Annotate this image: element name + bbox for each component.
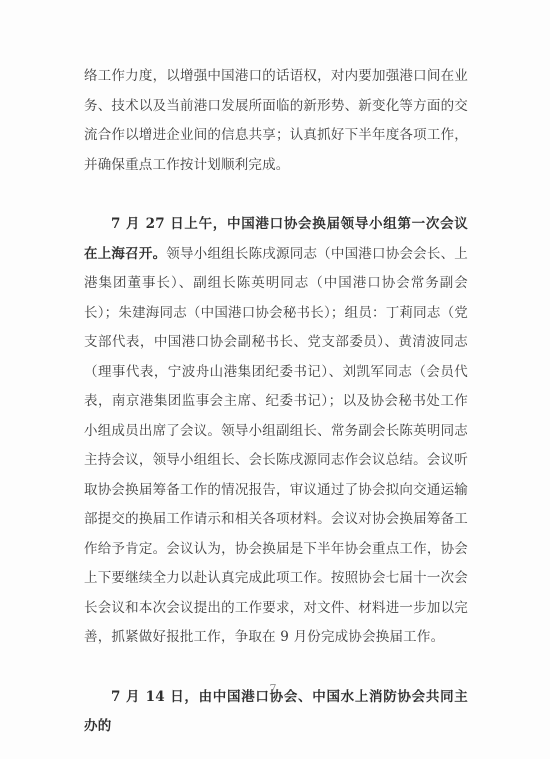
paragraph-continuation: 络工作力度，以增强中国港口的话语权，对内要加强港口间在业务、技术以及当前港口发展… bbox=[84, 62, 468, 180]
paragraph-next-event-lead-bold: 7 月 14 日，由中国港口协会、中国水上消防协会共同主办的 bbox=[84, 689, 468, 735]
document-page: 络工作力度，以增强中国港口的话语权，对内要加强港口间在业务、技术以及当前港口发展… bbox=[0, 0, 550, 759]
page-number: 7 bbox=[0, 682, 546, 695]
paragraph-leadership-meeting-body: 领导小组组长陈戌源同志（中国港口协会会长、上港集团董事长）、副组长陈英明同志（中… bbox=[84, 246, 468, 646]
paragraph-continuation-text: 络工作力度，以增强中国港口的话语权，对内要加强港口间在业务、技术以及当前港口发展… bbox=[84, 68, 468, 173]
document-content: 络工作力度，以增强中国港口的话语权，对内要加强港口间在业务、技术以及当前港口发展… bbox=[84, 62, 468, 742]
paragraph-leadership-meeting: 7 月 27 日上午，中国港口协会换届领导小组第一次会议在上海召开。领导小组组长… bbox=[84, 210, 468, 653]
